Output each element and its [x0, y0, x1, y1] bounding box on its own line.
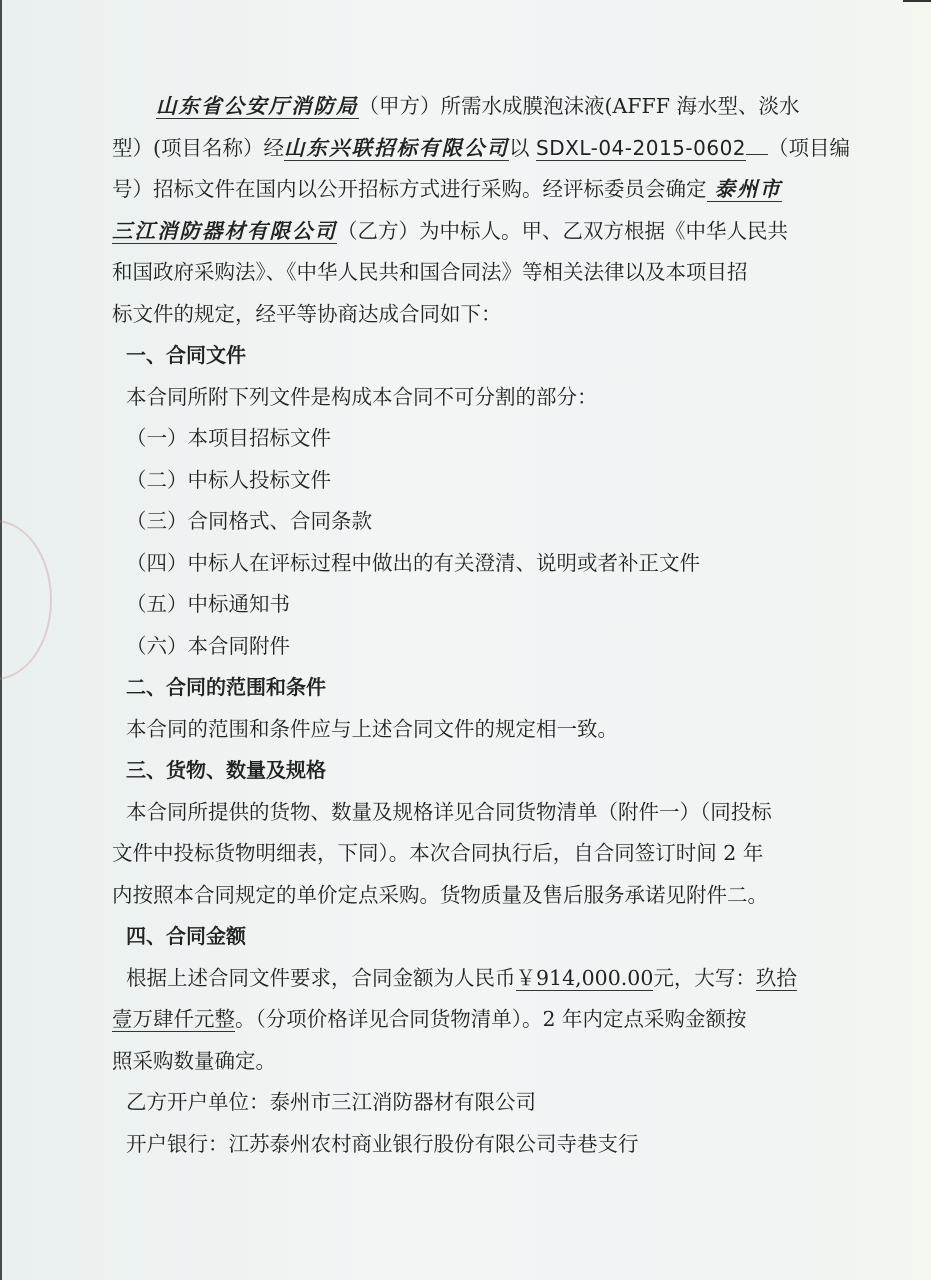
section-3-line: 内按照本合同规定的单价定点采购。货物质量及售后服务承诺见附件二。 [112, 875, 802, 917]
section-1-item: （一）本项目招标文件 [112, 418, 802, 460]
intro-line-3: 号）招标文件在国内以公开招标方式进行采购。经评标委员会确定泰州市 [112, 169, 802, 211]
section-4-heading: 四、合同金额 [112, 916, 802, 958]
section-1-body: 本合同所附下列文件是构成本合同不可分割的部分： [112, 377, 802, 419]
contract-amount: ￥914,000.00 [516, 966, 654, 991]
section-1-item: （五）中标通知书 [112, 584, 802, 626]
section-1-item: （三）合同格式、合同条款 [112, 501, 802, 543]
intro-line-4: 三江消防器材有限公司（乙方）为中标人。甲、乙双方根据《中华人民共 [112, 211, 802, 253]
intro-text: 号）招标文件在国内以公开招标方式进行采购。经评标委员会确定 [112, 177, 707, 201]
intro-line-2: 型）(项目名称）经山东兴联招标有限公司以 SDXL-04-2015-0602（项… [112, 128, 802, 170]
account-unit: 乙方开户单位：泰州市三江消防器材有限公司 [112, 1082, 802, 1124]
section-3-line: 文件中投标货物明细表，下同）。本次合同执行后，自合同签订时间 2 年 [112, 833, 802, 875]
section-3-line: 本合同所提供的货物、数量及规格详见合同货物清单（附件一）（同投标 [112, 792, 802, 834]
scan-border [903, 0, 931, 2]
section-4-line-2: 壹万肆仟元整。（分项价格详见合同货物清单）。2 年内定点采购金额按 [112, 999, 802, 1041]
section-1-item: （四）中标人在评标过程中做出的有关澄清、说明或者补正文件 [112, 543, 802, 585]
intro-text: 以 [509, 136, 536, 160]
amount-text: 根据上述合同文件要求，合同金额为人民币 [126, 966, 516, 990]
intro-line-6: 标文件的规定，经平等协商达成合同如下： [112, 294, 802, 336]
account-bank: 开户银行：江苏泰州农村商业银行股份有限公司寺巷支行 [112, 1124, 802, 1166]
intro-text: 型）(项目名称）经 [112, 136, 284, 160]
section-1-item: （六）本合同附件 [112, 626, 802, 668]
amount-in-words-part1: 玖拾 [756, 966, 797, 991]
agency-name: 山东兴联招标有限公司 [284, 136, 509, 161]
underline-filler [746, 131, 768, 155]
section-1-heading: 一、合同文件 [112, 335, 802, 377]
intro-text: （甲方）所需水成膜泡沫液(AFFF 海水型、淡水 [359, 94, 800, 118]
party-a-name: 山东省公安厅消防局 [156, 94, 359, 119]
scanned-page: 山东省公安厅消防局（甲方）所需水成膜泡沫液(AFFF 海水型、淡水 型）(项目名… [0, 0, 931, 1280]
section-4-line-1: 根据上述合同文件要求，合同金额为人民币￥914,000.00元，大写：玖拾 [112, 958, 802, 1000]
amount-text: 。（分项价格详见合同货物清单）。2 年内定点采购金额按 [235, 1007, 747, 1031]
seal-stamp [0, 520, 52, 680]
project-number: SDXL-04-2015-0602 [536, 136, 746, 161]
party-b-name-part2: 三江消防器材有限公司 [112, 219, 337, 244]
amount-in-words-part2: 壹万肆仟元整 [112, 1007, 235, 1032]
party-b-name-part1: 泰州市 [707, 177, 783, 202]
intro-text: （项目编 [768, 136, 850, 160]
intro-line-1: 山东省公安厅消防局（甲方）所需水成膜泡沫液(AFFF 海水型、淡水 [112, 86, 802, 128]
section-3-heading: 三、货物、数量及规格 [112, 750, 802, 792]
amount-text: 元，大写： [653, 966, 756, 990]
contract-body: 山东省公安厅消防局（甲方）所需水成膜泡沫液(AFFF 海水型、淡水 型）(项目名… [112, 86, 802, 1165]
section-2-body: 本合同的范围和条件应与上述合同文件的规定相一致。 [112, 709, 802, 751]
section-2-heading: 二、合同的范围和条件 [112, 667, 802, 709]
intro-line-5: 和国政府采购法》、《中华人民共和国合同法》等相关法律以及本项目招 [112, 252, 802, 294]
section-1-item: （二）中标人投标文件 [112, 460, 802, 502]
section-4-line-3: 照采购数量确定。 [112, 1041, 802, 1083]
intro-text: （乙方）为中标人。甲、乙双方根据《中华人民共 [337, 219, 788, 243]
